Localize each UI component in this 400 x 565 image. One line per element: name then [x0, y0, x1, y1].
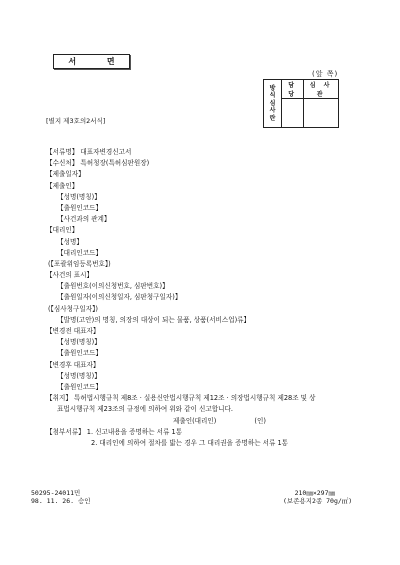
- field-doc-name: 【서류명】 대표자변경신고서: [46, 147, 391, 158]
- field-general-power-no: (【포괄위임등록번호】): [46, 259, 391, 270]
- form-code: 50295-24011민: [31, 489, 91, 497]
- field-exam-request-date: (【심사청구일자】): [46, 304, 391, 315]
- field-agent: 【대리인】: [46, 225, 391, 236]
- document-title: 서 면: [53, 54, 130, 69]
- signer-label: 제출인(대리인): [173, 417, 216, 425]
- signature-line: 제출인(대리인)(인): [46, 416, 391, 427]
- footer-left: 50295-24011민 98. 11. 26. 승인: [31, 489, 91, 505]
- field-prev-representative: 【변경전 대표자】: [46, 326, 391, 337]
- side-char: 사: [264, 107, 281, 114]
- front-page-label: (앞 쪽): [312, 69, 338, 79]
- officer-stamp-cell: [282, 99, 304, 128]
- field-submitter-name: 【성명(명칭)】: [46, 192, 391, 203]
- field-submitter: 【제출인】: [46, 181, 391, 192]
- attachments-line-1: 【첨부서류】 1. 신고내용을 증명하는 서류 1통: [46, 427, 391, 438]
- field-recipient: 【수신처】 특허청장(특허심판원장): [46, 158, 391, 169]
- field-case-indication: 【사건의 표시】: [46, 270, 391, 281]
- seal-mark: (인): [216, 417, 266, 425]
- paper-size: 210㎜×297㎜: [283, 489, 335, 497]
- field-submit-date: 【제출일자】: [46, 169, 391, 180]
- field-case-relation: 【사건과의 관계】: [46, 214, 391, 225]
- attachments-line-2: 2. 대리인에 의하여 절차를 밟는 경우 그 대리권을 증명하는 서류 1통: [46, 438, 391, 449]
- field-agent-name: 【성명】: [46, 237, 391, 248]
- field-application-date: 【출원일자(이의신청일자, 심판청구일자)】: [46, 292, 391, 303]
- field-prev-name: 【성명(명칭)】: [46, 337, 391, 348]
- side-char: 식: [264, 92, 281, 99]
- form-body: 【서류명】 대표자변경신고서 【수신처】 특허청장(특허심판원장) 【제출일자】…: [46, 147, 391, 449]
- footer-right: 210㎜×297㎜ (보존용지2종 70g/㎡): [283, 489, 335, 505]
- field-application-no: 【출원번호(이의신청번호, 심판번호)】: [46, 281, 391, 292]
- exam-side-label: 방 식 심 사 란: [264, 80, 282, 128]
- field-agent-code: 【대리인코드】: [46, 248, 391, 259]
- purpose-line-2: 표법시행규칙 제23조의 규정에 의하여 위와 같이 신고합니다.: [46, 404, 391, 415]
- field-new-representative: 【변경후 대표자】: [46, 360, 391, 371]
- examiner-stamp-cell: [304, 99, 339, 128]
- field-invention-title: 【발명(고안)의 명칭, 의장의 대상이 되는 물품, 상품(서비스업)류】: [46, 315, 391, 326]
- purpose-line-1: 【취지】 특허법시행규칙 제8조 · 실용신안법시행규칙 제12조 · 의장법시…: [46, 393, 391, 404]
- approval-date: 98. 11. 26. 승인: [31, 497, 91, 505]
- exam-header-officer: 담 당: [282, 80, 304, 99]
- examination-table: 방 식 심 사 란 담 당 심 사 관: [263, 79, 339, 128]
- paper-spec: (보존용지2종 70g/㎡): [283, 497, 335, 505]
- field-new-name: 【성명(명칭)】: [46, 371, 391, 382]
- field-new-code: 【출원인코드】: [46, 382, 391, 393]
- side-char: 란: [264, 115, 281, 122]
- exam-header-examiner: 심 사 관: [304, 80, 339, 99]
- field-submitter-code: 【출원인코드】: [46, 203, 391, 214]
- field-prev-code: 【출원인코드】: [46, 348, 391, 359]
- form-number: [별지 제3호의2서식]: [46, 116, 105, 125]
